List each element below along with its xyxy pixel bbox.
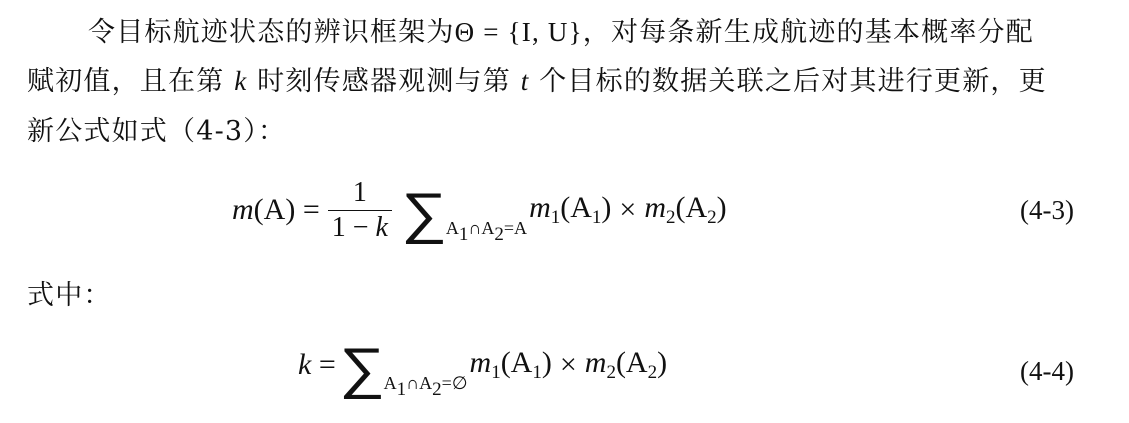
paragraph-line-1: 令目标航迹状态的辨识框架为Θ = {I, U}，对每条新生成航迹的基本概率分配 <box>88 12 1034 53</box>
fraction-numerator: 1 <box>349 176 371 210</box>
paragraph-line-2: 赋初值，且在第 k 时刻传感器观测与第 t 个目标的数据关联之后对其进行更新，更 <box>27 61 1047 102</box>
term-m1: m1(A1) <box>470 346 552 384</box>
equation-4-3: m(A) = 1 1 − k ∑ A1∩A2=A m1(A1) × m2(A2) <box>232 170 727 250</box>
text-segment: 新公式如式（4-3）： <box>27 116 286 147</box>
term-m1: m1(A1) <box>529 191 611 229</box>
equation-number-4-3: (4-3) <box>1020 195 1074 226</box>
text-segment: 式中： <box>27 280 112 311</box>
eq-lhs: m(A) = <box>232 193 320 227</box>
times-symbol: × <box>560 348 577 382</box>
text-segment: 令目标航迹状态的辨识框架为 <box>88 17 455 48</box>
equation-4-4: k = ∑ A1∩A2=∅ m1(A1) × m2(A2) <box>298 330 667 400</box>
text-segment: 个目标的数据关联之后对其进行更新，更 <box>529 66 1046 97</box>
paragraph-line-3: 新公式如式（4-3）： <box>27 112 286 152</box>
sigma-symbol: ∑ <box>339 341 385 397</box>
text-segment: 赋初值，且在第 <box>27 66 234 97</box>
sigma-symbol: ∑ <box>401 186 447 242</box>
term-m2: m2(A2) <box>644 191 726 229</box>
times-symbol: × <box>619 193 636 227</box>
fraction: 1 1 − k <box>328 176 392 245</box>
eq-lhs: k = <box>298 348 336 382</box>
inline-math-frame: Θ = {I, U} <box>455 17 583 47</box>
inline-var-k: k <box>234 66 247 96</box>
equation-number-4-4: (4-4) <box>1020 356 1074 387</box>
text-segment: ，对每条新生成航迹的基本概率分配 <box>583 17 1034 48</box>
text-segment: 时刻传感器观测与第 <box>247 66 520 97</box>
fraction-denominator: 1 − k <box>328 210 392 245</box>
term-m2: m2(A2) <box>585 346 667 384</box>
sum-limit: A1∩A2=A <box>446 218 527 246</box>
sum-limit: A1∩A2=∅ <box>384 373 468 401</box>
where-label: 式中： <box>27 276 112 316</box>
